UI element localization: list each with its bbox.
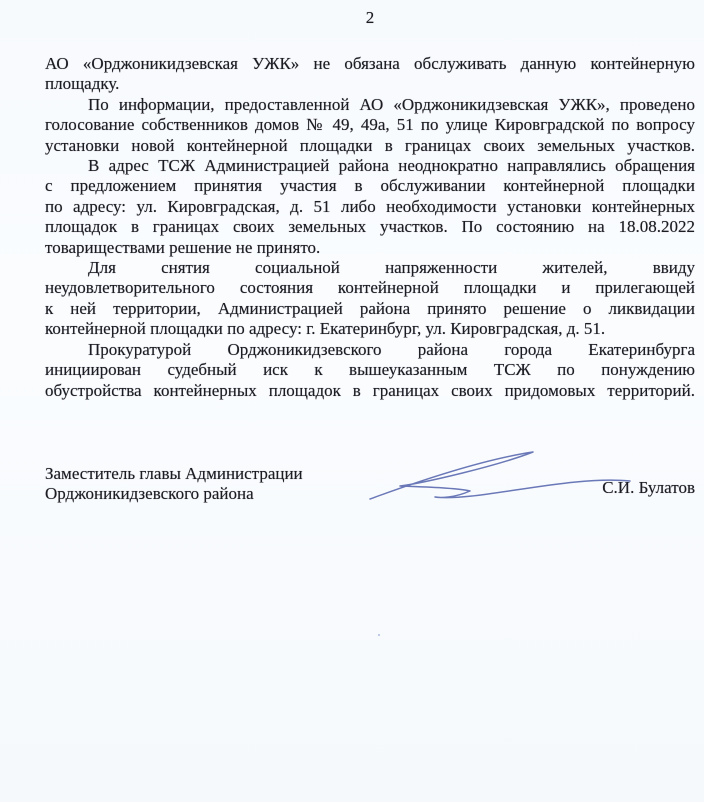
- text-line: по адресу: ул. Кировградская, д. 51 либо…: [45, 197, 695, 217]
- text-line: установки новой контейнерной площадки в …: [45, 136, 695, 156]
- paragraph: В адрес ТСЖ Администрацией района неодно…: [45, 156, 695, 258]
- text-line: инициирован судебный иск к вышеуказанным…: [45, 360, 695, 380]
- text-line: неудовлетворительного состояния контейне…: [45, 278, 695, 298]
- scan-artifact-speck: [378, 634, 380, 636]
- scanned-document-page: 2 АО «Орджоникидзевская УЖК» не обязана …: [0, 0, 704, 802]
- text-line: площадок в границах своих земельных учас…: [45, 217, 695, 237]
- text-line: АО «Орджоникидзевская УЖК» не обязана об…: [45, 54, 695, 74]
- text-line: к ней территории, Администрацией района …: [45, 299, 695, 319]
- page-number: 2: [45, 8, 695, 28]
- paragraph: По информации, предоставленной АО «Орджо…: [45, 95, 695, 156]
- text-line: контейнерной площадки по адресу: г. Екат…: [45, 319, 695, 339]
- text-line: По информации, предоставленной АО «Орджо…: [45, 95, 695, 115]
- text-line: обустройства контейнерных площадок в гра…: [45, 381, 695, 401]
- paragraph: АО «Орджоникидзевская УЖК» не обязана об…: [45, 54, 695, 95]
- signature-icon: [362, 446, 634, 506]
- text-line: с предложением принятия участия в обслуж…: [45, 176, 695, 196]
- text-line: Прокуратурой Орджоникидзевского района г…: [45, 340, 695, 360]
- text-line: В адрес ТСЖ Администрацией района неодно…: [45, 156, 695, 176]
- paragraph: Для снятия социальной напряженности жите…: [45, 258, 695, 340]
- text-line: голосование собственников домов № 49, 49…: [45, 115, 695, 135]
- paragraph: Прокуратурой Орджоникидзевского района г…: [45, 340, 695, 401]
- document-body: АО «Орджоникидзевская УЖК» не обязана об…: [45, 54, 695, 401]
- text-line: площадку.: [45, 74, 695, 94]
- text-line: Для снятия социальной напряженности жите…: [45, 258, 695, 278]
- text-line: товариществами решение не принято.: [45, 238, 695, 258]
